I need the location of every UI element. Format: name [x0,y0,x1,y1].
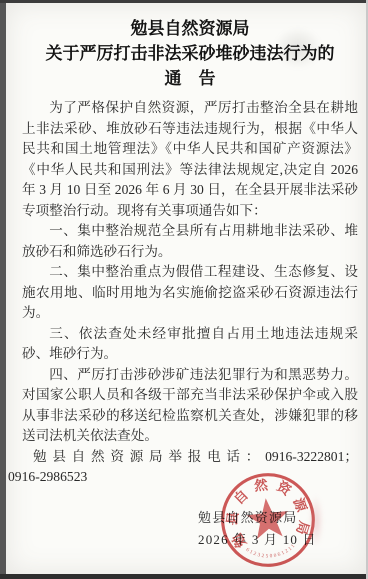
notice-type-title: 通 告 [22,66,358,91]
paragraph-item-4: 四、严厉打击涉砂涉矿违法犯罪行为和黑恶势力。对国家公职人员和各级干部充当非法采砂… [22,365,358,447]
photo-edge-bottom [0,574,368,579]
hotline-line1: 勉县自然资源局举报电话：0916-3222801； [22,447,358,468]
red-star-icon [245,496,291,540]
notice-title: 关于严厉打击非法采砂堆砂违法行为的 [22,41,358,66]
notice-page: 勉县自然资源局 关于严厉打击非法采砂堆砂违法行为的 通 告 为了严格保护自然资源… [6,3,366,574]
official-seal: 勉县自然资源局 6123250061211 [213,465,323,575]
paragraph-intro: 为了严格保护自然资源，严厉打击整治全县在耕地上非法采砂、堆放砂石等违法违规行为，… [22,98,358,221]
paragraph-item-3: 三、依法查处未经审批擅自占用土地违法违规采砂、堆砂行为。 [22,324,358,365]
paragraph-item-2: 二、集中整治重点为假借工程建设、生态修复、设施农用地、临时用地为名实施偷挖盗采砂… [22,262,358,324]
notice-document: 勉县自然资源局 关于严厉打击非法采砂堆砂违法行为的 通 告 为了严格保护自然资源… [22,16,358,488]
agency-title: 勉县自然资源局 [22,16,358,41]
paragraph-item-1: 一、集中整治规范全县所有占用耕地非法采砂、堆放砂石和筛选砂石行为。 [22,221,358,262]
notice-body: 为了严格保护自然资源，严厉打击整治全县在耕地上非法采砂、堆放砂石等违法违规行为，… [22,98,358,488]
